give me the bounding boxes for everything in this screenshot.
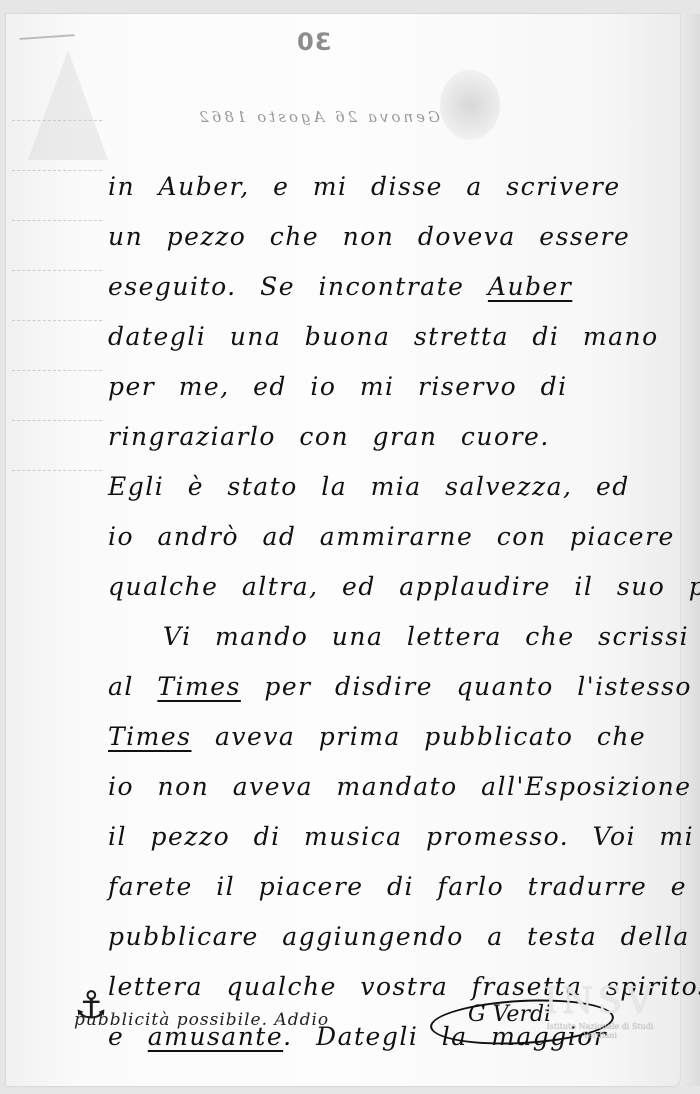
letter-body: in Auber, e mi disse a scrivere un pezzo… <box>108 162 668 1062</box>
letter-line: ringraziarlo con gran cuore. <box>108 412 668 462</box>
letter-line: dategli una buona stretta di mano <box>108 312 668 362</box>
letter-line: qualche altra, ed applaudire il suo pezz… <box>108 562 668 612</box>
institution-watermark: INSV Istituto Nazionale di Studi Verdian… <box>540 982 660 1040</box>
letter-line: io non aveva mandato all'Esposizione <box>108 762 668 812</box>
letter-line: un pezzo che non doveva essere <box>108 212 668 262</box>
letter-line: Times aveva prima pubblicato che <box>108 712 668 762</box>
letter-line: eseguito. Se incontrate Auber <box>108 262 668 312</box>
letter-line: io andrò ad ammirarne con piacere <box>108 512 668 562</box>
underlined-word: Auber <box>488 272 572 301</box>
watermark-subtitle: Istituto Nazionale di Studi Verdiani <box>540 1022 660 1040</box>
letter-line: in Auber, e mi disse a scrivere <box>108 162 668 212</box>
letter-line: Egli è stato la mia salvezza, ed <box>108 462 668 512</box>
bleedthrough-marks <box>12 120 102 520</box>
ink-smudge <box>440 70 500 140</box>
letter-line: pubblicare aggiungendo a testa della <box>108 912 668 962</box>
underlined-word: Times <box>157 672 241 701</box>
letter-line: farete il piacere di farlo tradurre e <box>108 862 668 912</box>
letter-line: per me, ed io mi riservo di <box>108 362 668 412</box>
signature: G Verdi <box>468 1002 551 1027</box>
postscript-line: pubblicità possibile. Addio <box>74 1010 329 1030</box>
watermark-letters: INSV <box>540 982 660 1022</box>
letter-line: Vi mando una lettera che scrissi <box>108 612 668 662</box>
letter-line: al Times per disdire quanto l'istesso <box>108 662 668 712</box>
page-number: 30 <box>296 28 331 56</box>
letter-line: il pezzo di musica promesso. Voi mi <box>108 812 668 862</box>
underlined-word: Times <box>108 722 192 751</box>
